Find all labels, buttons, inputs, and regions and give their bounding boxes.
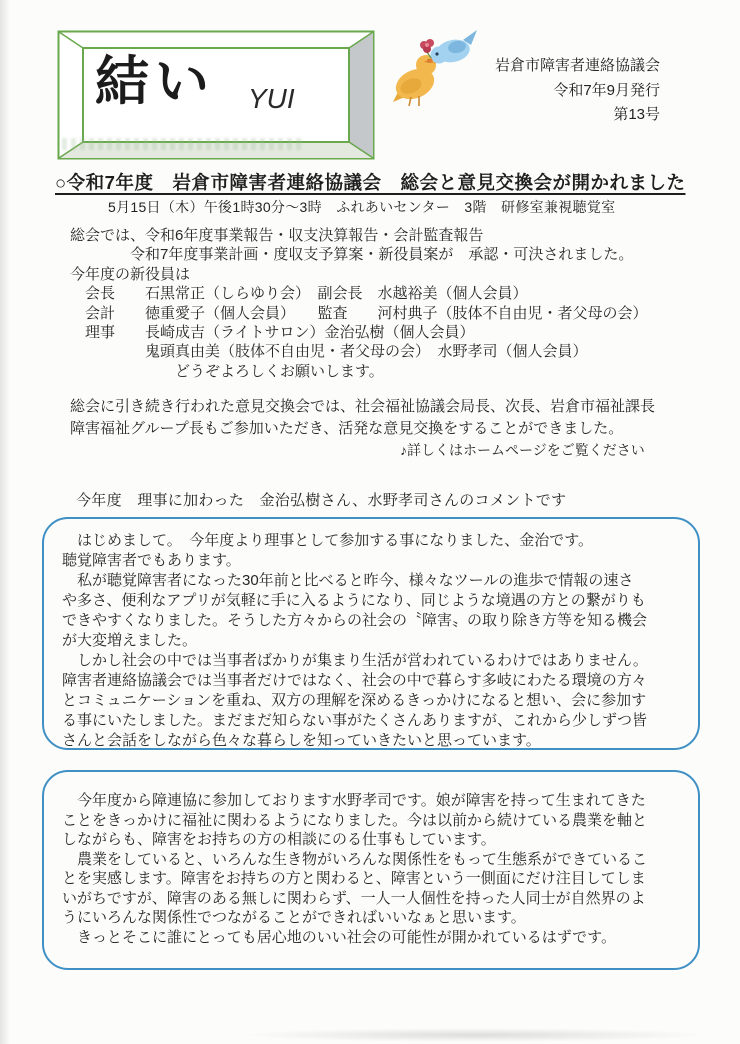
homepage-note: ♪詳しくはホームページをご覧ください [400,440,645,460]
print-bleed-artifact [62,138,302,150]
comment-text-mizuno: 今年度から障連協に参加しております水野孝司です。娘が障害を持って生まれてきた こ… [62,791,680,947]
newsletter-page: 結い YUI [0,0,740,1044]
birds-illustration [393,28,485,112]
publisher-name: 岩倉市障害者連絡協議会 [495,54,660,79]
article-headline: ○令和7年度 岩倉市障害者連絡協議会 総会と意見交換会が開かれました [55,169,685,195]
scan-edge-shadow [0,0,10,1044]
scan-smudge [240,1028,710,1042]
logo-title: 結い [95,55,215,109]
comment-text-kaneharu: はじめまして。 今年度より理事として参加する事になりました、金治です。 聴覚障害… [62,531,680,751]
meeting-report: 総会では、令和6年度事業報告・収支決算報告・会計監査報告 令和7年度事業計画・度… [70,226,690,381]
issue-number: 第13号 [495,103,660,128]
issue-date: 令和7年9月発行 [495,79,660,104]
exchange-meeting-report: 総会に引き続き行われた意見交換会では、社会福祉協議会局長、次長、岩倉市福祉課長 … [70,396,690,440]
blue-bird-icon [424,30,477,65]
publisher-block: 岩倉市障害者連絡協議会 令和7年9月発行 第13号 [495,54,660,128]
comment-box-mizuno: 今年度から障連協に参加しております水野孝司です。娘が障害を持って生まれてきた こ… [42,770,700,970]
comments-intro: 今年度 理事に加わった 金治弘樹さん、水野孝司さんのコメントです [76,489,566,510]
logo-subtitle: YUI [248,85,295,113]
event-info: 5月15日（木）午後1時30分～3時 ふれあいセンター 3階 研修室兼視聴覚室 [108,197,615,217]
comment-box-kaneharu: はじめまして。 今年度より理事として参加する事になりました、金治です。 聴覚障害… [42,517,700,750]
